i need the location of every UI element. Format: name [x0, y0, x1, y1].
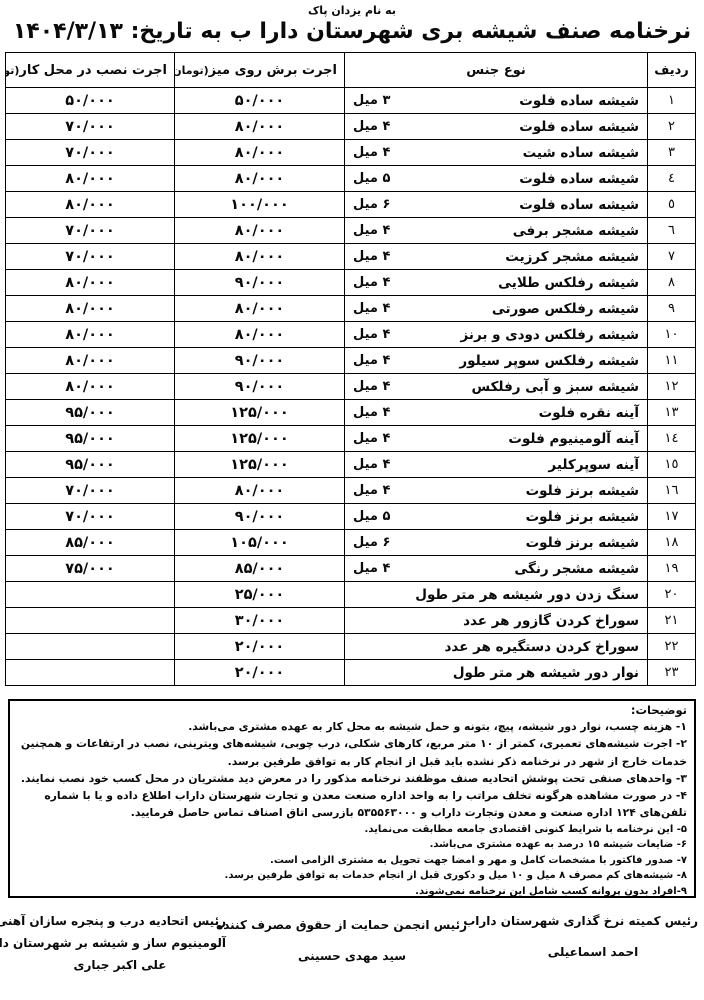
- install-fee-value: ۸۰/۰۰۰: [6, 348, 175, 374]
- row-number: ۷: [648, 244, 696, 270]
- table-row: ١٦شیشه برنز فلوت۴ میل۸۰/۰۰۰۷۰/۰۰۰: [6, 478, 696, 504]
- install-fee-value: ۸۰/۰۰۰: [6, 322, 175, 348]
- install-fee-value: ۸۰/۰۰۰: [6, 166, 175, 192]
- install-fee-value: ۷۰/۰۰۰: [6, 504, 175, 530]
- glass-type-cell: سوراخ کردن دستگیره هر عدد: [345, 634, 648, 660]
- note-item: ۵- این نرخنامه با شرایط کنونی اقتصادی جا…: [17, 822, 687, 838]
- install-fee-value: ۵۰/۰۰۰: [6, 88, 175, 114]
- cut-fee-value: ۸۰/۰۰۰: [175, 218, 345, 244]
- glass-type-cell: سنگ زدن دور شیشه هر متر طول: [345, 582, 648, 608]
- header-glass-type: نوع جنس: [345, 53, 648, 88]
- row-number: ١٥: [648, 452, 696, 478]
- row-number: ۱۳: [648, 400, 696, 426]
- glass-type-name: شیشه برنز فلوت: [526, 483, 639, 499]
- glass-type-name: شیشه رفلکس طلایی: [498, 275, 639, 291]
- install-fee-value: ۷۰/۰۰۰: [6, 218, 175, 244]
- table-row: ۱۱شیشه رفلکس سوپر سیلور۴ میل۹۰/۰۰۰۸۰/۰۰۰: [6, 348, 696, 374]
- table-row: ۱۹شیشه مشجر رنگی۴ میل۸۵/۰۰۰۷۵/۰۰۰: [6, 556, 696, 582]
- cut-fee-value: ۸۰/۰۰۰: [175, 166, 345, 192]
- price-table: ردیف نوع جنس اجرت برش روی میز (تومان) اج…: [5, 52, 696, 686]
- glass-type-cell: شیشه ساده فلوت۳ میل: [345, 88, 648, 114]
- row-number: ۲: [648, 114, 696, 140]
- header-cut-fee-unit: (تومان): [175, 64, 209, 77]
- glass-type-name: شیشه برنز فلوت: [526, 509, 639, 525]
- table-row: ١٥آینه سوپرکلیر۴ میل۱۲۵/۰۰۰۹۵/۰۰۰: [6, 452, 696, 478]
- glass-type-cell: شیشه ساده فلوت۵ میل: [345, 166, 648, 192]
- table-row: ۷شیشه مشجر کرزیت۴ میل۸۰/۰۰۰۷۰/۰۰۰: [6, 244, 696, 270]
- cut-fee-value: ۹۰/۰۰۰: [175, 270, 345, 296]
- header-install-fee-unit: (تومان): [6, 64, 20, 77]
- header-cut-fee-label: اجرت برش روی میز: [209, 63, 337, 78]
- table-row: ۱۲شیشه سبز و آبی رفلکس۴ میل۹۰/۰۰۰۸۰/۰۰۰: [6, 374, 696, 400]
- row-number: ۱۸: [648, 530, 696, 556]
- glass-thickness: ۴ میل: [353, 119, 390, 134]
- note-item: ۴- در صورت مشاهده هرگونه تخلف مراتب را ب…: [17, 787, 687, 822]
- glass-thickness: ۵ میل: [353, 509, 390, 524]
- install-fee-value: ۷۰/۰۰۰: [6, 140, 175, 166]
- table-row: ۹شیشه رفلکس صورتی۴ میل۸۰/۰۰۰۸۰/۰۰۰: [6, 296, 696, 322]
- glass-type-cell: شیشه ساده شیت۴ میل: [345, 140, 648, 166]
- glass-type-cell: شیشه ساده فلوت۴ میل: [345, 114, 648, 140]
- cut-fee-value: ۵۰/۰۰۰: [175, 88, 345, 114]
- row-number: ۲۳: [648, 660, 696, 686]
- note-item: ۸- شیشه‌های کم مصرف ۸ میل و ۱۰ میل و دکو…: [17, 868, 687, 884]
- glass-type-name: شیشه سبز و آبی رفلکس: [472, 379, 640, 395]
- cut-fee-value: ۱۲۵/۰۰۰: [175, 400, 345, 426]
- row-number: ١٦: [648, 478, 696, 504]
- table-row: ۱۸شیشه برنز فلوت۶ میل۱۰۵/۰۰۰۸۵/۰۰۰: [6, 530, 696, 556]
- header-install-fee-label: اجرت نصب در محل کار: [19, 63, 167, 78]
- install-fee-value: [6, 660, 175, 686]
- glass-thickness: ۴ میل: [353, 353, 390, 368]
- glass-type-cell: شیشه رفلکس طلایی۴ میل: [345, 270, 648, 296]
- row-number: ۱۷: [648, 504, 696, 530]
- cut-fee-value: ۹۰/۰۰۰: [175, 504, 345, 530]
- glass-thickness: ۴ میل: [353, 483, 390, 498]
- row-number: ۳: [648, 140, 696, 166]
- signature-name: علی اکبر جباری: [14, 958, 226, 972]
- cut-fee-value: ۸۰/۰۰۰: [175, 296, 345, 322]
- row-number: ۱۰: [648, 322, 696, 348]
- row-number: ٦: [648, 218, 696, 244]
- install-fee-value: ۹۵/۰۰۰: [6, 426, 175, 452]
- table-row: ۸شیشه رفلکس طلایی۴ میل۹۰/۰۰۰۸۰/۰۰۰: [6, 270, 696, 296]
- glass-thickness: ۴ میل: [353, 327, 390, 342]
- glass-type-name: آینه سوپرکلیر: [548, 457, 639, 473]
- install-fee-value: ۷۵/۰۰۰: [6, 556, 175, 582]
- cut-fee-value: ۱۰۰/۰۰۰: [175, 192, 345, 218]
- glass-thickness: ۴ میل: [353, 431, 390, 446]
- cut-fee-value: ۸۰/۰۰۰: [175, 478, 345, 504]
- glass-type-cell: شیشه سبز و آبی رفلکس۴ میل: [345, 374, 648, 400]
- glass-thickness: ۴ میل: [353, 301, 390, 316]
- cut-fee-value: ۳۰/۰۰۰: [175, 608, 345, 634]
- install-fee-value: ۸۰/۰۰۰: [6, 296, 175, 322]
- glass-type-cell: سوراخ کردن گازور هر عدد: [345, 608, 648, 634]
- cut-fee-value: ۸۰/۰۰۰: [175, 244, 345, 270]
- table-row: ١٤آینه آلومینیوم فلوت۴ میل۱۲۵/۰۰۰۹۵/۰۰۰: [6, 426, 696, 452]
- table-row: ۲۲سوراخ کردن دستگیره هر عدد۲۰/۰۰۰: [6, 634, 696, 660]
- glass-type-name: شیشه ساده شیت: [523, 145, 639, 161]
- signature-union-head: رئیس اتحادیه درب و پنجره سازان آهنی آلوم…: [14, 910, 226, 972]
- glass-thickness: ۳ میل: [353, 93, 390, 108]
- glass-type-cell: نوار دور شیشه هر متر طول: [345, 660, 648, 686]
- install-fee-value: [6, 582, 175, 608]
- glass-thickness: ۶ میل: [353, 535, 390, 550]
- glass-type-name: شیشه مشجر برفی: [513, 223, 639, 239]
- install-fee-value: ۹۵/۰۰۰: [6, 452, 175, 478]
- glass-type-name: شیشه ساده فلوت: [519, 197, 639, 213]
- table-row: ۱۰شیشه رفلکس دودی و برنز۴ میل۸۰/۰۰۰۸۰/۰۰…: [6, 322, 696, 348]
- table-header-row: ردیف نوع جنس اجرت برش روی میز (تومان) اج…: [6, 53, 696, 88]
- glass-type-cell: شیشه مشجر رنگی۴ میل: [345, 556, 648, 582]
- row-number: ۱: [648, 88, 696, 114]
- cut-fee-value: ۲۰/۰۰۰: [175, 660, 345, 686]
- header-install-fee: اجرت نصب در محل کار (تومان): [6, 53, 175, 88]
- price-list-document: به نام یزدان پاک نرخنامه صنف شیشه بری شه…: [0, 0, 704, 1000]
- install-fee-value: ۸۰/۰۰۰: [6, 192, 175, 218]
- glass-thickness: ۴ میل: [353, 275, 390, 290]
- glass-type-name: شیشه مشجر رنگی: [514, 561, 639, 577]
- cut-fee-value: ۲۰/۰۰۰: [175, 634, 345, 660]
- header-row-number: ردیف: [648, 53, 696, 88]
- cut-fee-value: ۸۰/۰۰۰: [175, 322, 345, 348]
- glass-type-name: سنگ زدن دور شیشه هر متر طول: [415, 587, 639, 603]
- install-fee-value: ۸۰/۰۰۰: [6, 270, 175, 296]
- cut-fee-value: ۸۰/۰۰۰: [175, 140, 345, 166]
- glass-type-name: شیشه رفلکس دودی و برنز: [460, 327, 639, 343]
- table-row: ۲شیشه ساده فلوت۴ میل۸۰/۰۰۰۷۰/۰۰۰: [6, 114, 696, 140]
- bismillah-line: به نام یزدان پاک: [0, 0, 704, 17]
- glass-type-name: آینه نقره فلوت: [539, 405, 639, 421]
- install-fee-value: ۹۵/۰۰۰: [6, 400, 175, 426]
- glass-thickness: ۴ میل: [353, 405, 390, 420]
- glass-type-name: شیشه برنز فلوت: [526, 535, 639, 551]
- cut-fee-value: ۹۰/۰۰۰: [175, 374, 345, 400]
- cut-fee-value: ۱۲۵/۰۰۰: [175, 452, 345, 478]
- row-number: ٥: [648, 192, 696, 218]
- table-row: ٦شیشه مشجر برفی۴ میل۸۰/۰۰۰۷۰/۰۰۰: [6, 218, 696, 244]
- row-number: ١٤: [648, 426, 696, 452]
- row-number: ۸: [648, 270, 696, 296]
- glass-thickness: ۶ میل: [353, 197, 390, 212]
- install-fee-value: ۷۰/۰۰۰: [6, 114, 175, 140]
- install-fee-value: [6, 608, 175, 634]
- glass-thickness: ۴ میل: [353, 561, 390, 576]
- glass-type-cell: شیشه رفلکس دودی و برنز۴ میل: [345, 322, 648, 348]
- glass-type-name: شیشه رفلکس سوپر سیلور: [459, 353, 639, 369]
- glass-type-cell: شیشه برنز فلوت۵ میل: [345, 504, 648, 530]
- page-title: نرخنامه صنف شیشه بری شهرستان دارا ب به ت…: [0, 19, 704, 44]
- install-fee-value: ۷۰/۰۰۰: [6, 478, 175, 504]
- glass-type-name: شیشه رفلکس صورتی: [492, 301, 639, 317]
- cut-fee-value: ۸۵/۰۰۰: [175, 556, 345, 582]
- signature-name: سید مهدی حسینی: [237, 949, 467, 963]
- table-row: ۱۳آینه نقره فلوت۴ میل۱۲۵/۰۰۰۹۵/۰۰۰: [6, 400, 696, 426]
- signature-name: احمد اسماعیلی: [488, 945, 698, 959]
- glass-type-cell: شیشه مشجر کرزیت۴ میل: [345, 244, 648, 270]
- glass-thickness: ۴ میل: [353, 457, 390, 472]
- note-item: ۶- ضایعات شیشه ۱۵ درصد به عهده مشتری می‌…: [17, 837, 687, 853]
- install-fee-value: [6, 634, 175, 660]
- row-number: ۲۰: [648, 582, 696, 608]
- notes-title: توضیحات:: [17, 703, 687, 717]
- table-row: ۳شیشه ساده شیت۴ میل۸۰/۰۰۰۷۰/۰۰۰: [6, 140, 696, 166]
- signature-title: رئیس اتحادیه درب و پنجره سازان آهنی: [14, 910, 226, 932]
- glass-type-cell: آینه نقره فلوت۴ میل: [345, 400, 648, 426]
- signature-pricing-committee: رئیس کمیته نرخ گذاری شهرستان داراب احمد …: [488, 910, 698, 959]
- install-fee-value: ۷۰/۰۰۰: [6, 244, 175, 270]
- glass-type-cell: شیشه رفلکس سوپر سیلور۴ میل: [345, 348, 648, 374]
- row-number: ۱۱: [648, 348, 696, 374]
- glass-type-name: آینه آلومینیوم فلوت: [508, 431, 639, 447]
- row-number: ۱۹: [648, 556, 696, 582]
- signature-title-line2: آلومینیوم ساز و شیشه بر شهرستان داراب: [14, 932, 226, 954]
- table-row: ۲۳نوار دور شیشه هر متر طول۲۰/۰۰۰: [6, 660, 696, 686]
- cut-fee-value: ۹۰/۰۰۰: [175, 348, 345, 374]
- notes-list: ۱- هزینه چسب، نوار دور شیشه، پیچ، بتونه …: [17, 718, 687, 899]
- glass-type-cell: آینه آلومینیوم فلوت۴ میل: [345, 426, 648, 452]
- glass-thickness: ۵ میل: [353, 171, 390, 186]
- note-item: ۲- اجرت شیشه‌های تعمیری، کمتر از ۱۰ متر …: [17, 735, 687, 770]
- cut-fee-value: ۸۰/۰۰۰: [175, 114, 345, 140]
- table-row: ٥شیشه ساده فلوت۶ میل۱۰۰/۰۰۰۸۰/۰۰۰: [6, 192, 696, 218]
- glass-thickness: ۴ میل: [353, 379, 390, 394]
- glass-type-name: شیشه مشجر کرزیت: [505, 249, 639, 265]
- glass-thickness: ۴ میل: [353, 145, 390, 160]
- table-row: ۲۱سوراخ کردن گازور هر عدد۳۰/۰۰۰: [6, 608, 696, 634]
- row-number: ۲۲: [648, 634, 696, 660]
- signatures-section: رئیس کمیته نرخ گذاری شهرستان داراب احمد …: [0, 908, 704, 1000]
- header-cut-fee: اجرت برش روی میز (تومان): [175, 53, 345, 88]
- glass-type-name: شیشه ساده فلوت: [519, 119, 639, 135]
- table-row: ۲۰سنگ زدن دور شیشه هر متر طول۲۵/۰۰۰: [6, 582, 696, 608]
- signature-consumer-association: رئیس انجمن حمایت از حقوق مصرف کننده سید …: [237, 914, 467, 963]
- glass-type-name: شیشه ساده فلوت: [519, 93, 639, 109]
- note-item: ۹-افراد بدون پروانه کسب شامل این نرخنامه…: [17, 884, 687, 900]
- note-item: ۳- واحدهای صنفی تحت پوشش اتحادیه صنف موظ…: [17, 770, 687, 787]
- glass-type-name: شیشه ساده فلوت: [519, 171, 639, 187]
- table-row: ۱۷شیشه برنز فلوت۵ میل۹۰/۰۰۰۷۰/۰۰۰: [6, 504, 696, 530]
- signature-title: رئیس انجمن حمایت از حقوق مصرف کننده: [237, 914, 467, 936]
- row-number: ۹: [648, 296, 696, 322]
- notes-box: توضیحات: ۱- هزینه چسب، نوار دور شیشه، پی…: [8, 699, 696, 898]
- glass-type-cell: شیشه برنز فلوت۶ میل: [345, 530, 648, 556]
- glass-type-cell: شیشه ساده فلوت۶ میل: [345, 192, 648, 218]
- note-item: ۷- صدور فاکتور با مشخصات کامل و مهر و ام…: [17, 853, 687, 869]
- glass-thickness: ۴ میل: [353, 223, 390, 238]
- cut-fee-value: ۱۲۵/۰۰۰: [175, 426, 345, 452]
- glass-type-name: نوار دور شیشه هر متر طول: [453, 665, 639, 681]
- note-item: ۱- هزینه چسب، نوار دور شیشه، پیچ، بتونه …: [17, 718, 687, 735]
- cut-fee-value: ۲۵/۰۰۰: [175, 582, 345, 608]
- glass-type-cell: شیشه برنز فلوت۴ میل: [345, 478, 648, 504]
- glass-type-cell: آینه سوپرکلیر۴ میل: [345, 452, 648, 478]
- install-fee-value: ۸۰/۰۰۰: [6, 374, 175, 400]
- table-row: ٤شیشه ساده فلوت۵ میل۸۰/۰۰۰۸۰/۰۰۰: [6, 166, 696, 192]
- glass-thickness: ۴ میل: [353, 249, 390, 264]
- row-number: ۲۱: [648, 608, 696, 634]
- row-number: ۱۲: [648, 374, 696, 400]
- glass-type-cell: شیشه مشجر برفی۴ میل: [345, 218, 648, 244]
- cut-fee-value: ۱۰۵/۰۰۰: [175, 530, 345, 556]
- signature-title: رئیس کمیته نرخ گذاری شهرستان داراب: [488, 910, 698, 932]
- install-fee-value: ۸۵/۰۰۰: [6, 530, 175, 556]
- glass-type-name: سوراخ کردن دستگیره هر عدد: [444, 639, 639, 655]
- row-number: ٤: [648, 166, 696, 192]
- glass-type-cell: شیشه رفلکس صورتی۴ میل: [345, 296, 648, 322]
- glass-type-name: سوراخ کردن گازور هر عدد: [463, 613, 639, 629]
- table-row: ۱شیشه ساده فلوت۳ میل۵۰/۰۰۰۵۰/۰۰۰: [6, 88, 696, 114]
